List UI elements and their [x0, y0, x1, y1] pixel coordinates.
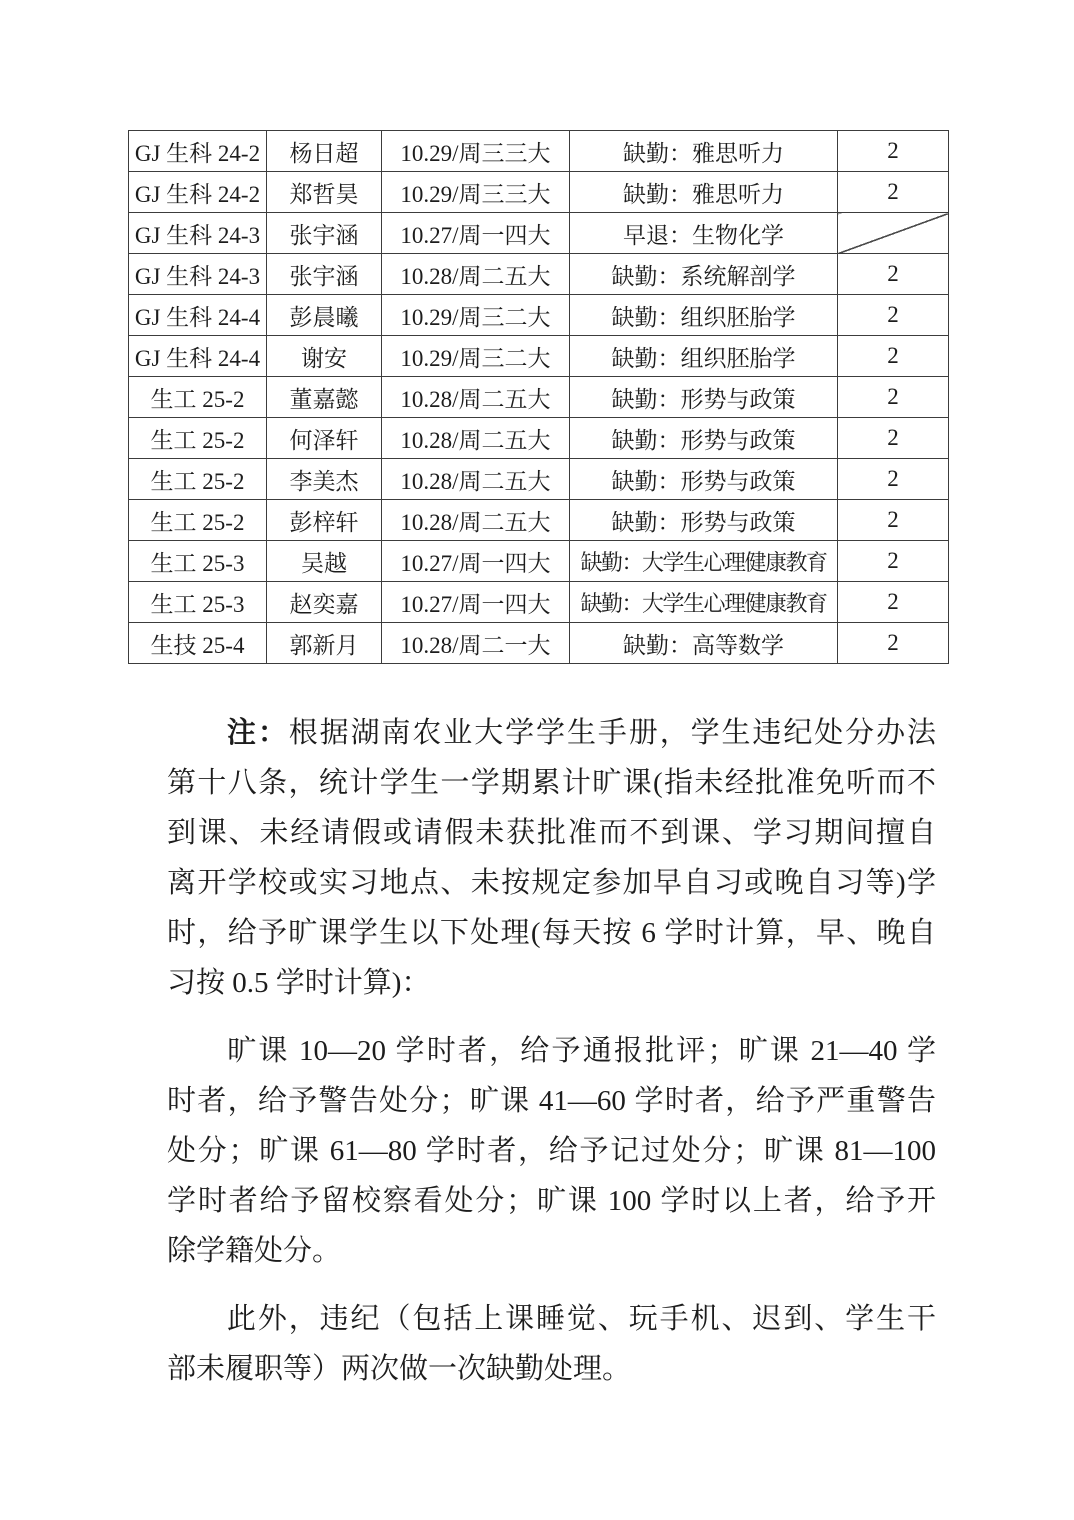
hours-cell: 2 — [838, 254, 949, 295]
table-row: 生工 25-3赵奕嘉10.27/周一四大缺勤：大学生心理健康教育2 — [129, 582, 949, 623]
date-cell: 10.28/周二五大 — [382, 254, 570, 295]
hours-cell: 2 — [838, 500, 949, 541]
date-cell: 10.28/周二五大 — [382, 418, 570, 459]
reason-cell: 早退：生物化学 — [570, 213, 838, 254]
table-row: 生工 25-2何泽轩10.28/周二五大缺勤：形势与政策2 — [129, 418, 949, 459]
student-cell: 彭晨曦 — [267, 295, 382, 336]
student-cell: 杨日超 — [267, 131, 382, 172]
date-cell: 10.29/周三三大 — [382, 131, 570, 172]
note-text: 此外，违纪（包括上课睡觉、玩手机、迟到、学生干 — [225, 1303, 936, 1335]
diagonal-empty-cell — [838, 213, 949, 254]
date-cell: 10.29/周三三大 — [382, 172, 570, 213]
date-cell: 10.28/周二五大 — [382, 377, 570, 418]
hours-cell: 2 — [838, 172, 949, 213]
date-cell: 10.28/周二一大 — [382, 623, 570, 664]
class-cell: 生工 25-2 — [129, 418, 267, 459]
class-cell: 生工 25-3 — [129, 582, 267, 623]
class-cell: GJ 生科 24-4 — [129, 336, 267, 377]
note-text: 时，给予旷课学生以下处理(每天按 6 学时计算，早、晚自 — [167, 917, 936, 949]
note-text: 到课、未经请假或请假未获批准而不到课、学习期间擅自 — [167, 817, 936, 849]
reason-cell: 缺勤：系统解剖学 — [570, 254, 838, 295]
note-line: 处分；旷课 61—80 学时者，给予记过处分；旷课 81—100 — [167, 1126, 936, 1176]
note-paragraph: 此外，违纪（包括上课睡觉、玩手机、迟到、学生干部未履职等）两次做一次缺勤处理。 — [167, 1294, 936, 1394]
student-cell: 董嘉懿 — [267, 377, 382, 418]
date-cell: 10.27/周一四大 — [382, 541, 570, 582]
note-text: 旷课 10—20 学时者，给予通报批评；旷课 21—40 学 — [225, 1035, 936, 1067]
note-line: 注：根据湖南农业大学学生手册，学生违纪处分办法 — [167, 708, 936, 758]
hours-cell: 2 — [838, 541, 949, 582]
hours-cell: 2 — [838, 623, 949, 664]
hours-cell: 2 — [838, 377, 949, 418]
class-cell: 生工 25-2 — [129, 500, 267, 541]
table-row: 生工 25-2彭梓轩10.28/周二五大缺勤：形势与政策2 — [129, 500, 949, 541]
note-line: 时，给予旷课学生以下处理(每天按 6 学时计算，早、晚自 — [167, 908, 936, 958]
class-cell: GJ 生科 24-3 — [129, 254, 267, 295]
reason-cell: 缺勤：高等数学 — [570, 623, 838, 664]
reason-cell: 缺勤：形势与政策 — [570, 500, 838, 541]
note-text: 习按 0.5 学时计算)： — [167, 967, 430, 999]
note-line: 离开学校或实习地点、未按规定参加早自习或晚自习等)学 — [167, 858, 936, 908]
date-cell: 10.28/周二五大 — [382, 500, 570, 541]
hours-cell: 2 — [838, 582, 949, 623]
hours-cell: 2 — [838, 459, 949, 500]
date-cell: 10.27/周一四大 — [382, 213, 570, 254]
table-row: 生工 25-2李美杰10.28/周二五大缺勤：形势与政策2 — [129, 459, 949, 500]
note-line: 习按 0.5 学时计算)： — [167, 958, 936, 1008]
reason-cell: 缺勤：形势与政策 — [570, 418, 838, 459]
note-text: 除学籍处分。 — [167, 1235, 341, 1267]
note-line: 时者，给予警告处分；旷课 41—60 学时者，给予严重警告 — [167, 1076, 936, 1126]
note-paragraph: 旷课 10—20 学时者，给予通报批评；旷课 21—40 学时者，给予警告处分；… — [167, 1026, 936, 1276]
note-text: 第十八条，统计学生一学期累计旷课(指未经批准免听而不 — [167, 767, 936, 799]
reason-cell: 缺勤：大学生心理健康教育 — [570, 541, 838, 582]
class-cell: GJ 生科 24-3 — [129, 213, 267, 254]
student-cell: 张宇涵 — [267, 213, 382, 254]
table-row: 生工 25-3吴越10.27/周一四大缺勤：大学生心理健康教育2 — [129, 541, 949, 582]
class-cell: GJ 生科 24-2 — [129, 172, 267, 213]
student-cell: 吴越 — [267, 541, 382, 582]
table-row: GJ 生科 24-2郑哲昊10.29/周三三大缺勤：雅思听力2 — [129, 172, 949, 213]
date-cell: 10.27/周一四大 — [382, 582, 570, 623]
note-text: 时者，给予警告处分；旷课 41—60 学时者，给予严重警告 — [167, 1085, 936, 1117]
hours-cell: 2 — [838, 336, 949, 377]
student-cell: 张宇涵 — [267, 254, 382, 295]
note-line: 学时者给予留校察看处分；旷课 100 学时以上者，给予开 — [167, 1176, 936, 1226]
table-row: GJ 生科 24-4彭晨曦10.29/周三二大缺勤：组织胚胎学2 — [129, 295, 949, 336]
hours-cell: 2 — [838, 131, 949, 172]
table-row: GJ 生科 24-2杨日超10.29/周三三大缺勤：雅思听力2 — [129, 131, 949, 172]
note-paragraph: 注：根据湖南农业大学学生手册，学生违纪处分办法第十八条，统计学生一学期累计旷课(… — [167, 708, 936, 1008]
hours-cell: 2 — [838, 418, 949, 459]
document-page: GJ 生科 24-2杨日超10.29/周三三大缺勤：雅思听力2GJ 生科 24-… — [0, 0, 1074, 1520]
note-text: 学时者给予留校察看处分；旷课 100 学时以上者，给予开 — [167, 1185, 936, 1217]
note-line: 第十八条，统计学生一学期累计旷课(指未经批准免听而不 — [167, 758, 936, 808]
date-cell: 10.29/周三二大 — [382, 336, 570, 377]
student-cell: 赵奕嘉 — [267, 582, 382, 623]
reason-cell: 缺勤：雅思听力 — [570, 172, 838, 213]
note-label: 注： — [225, 717, 289, 749]
student-cell: 彭梓轩 — [267, 500, 382, 541]
class-cell: 生工 25-2 — [129, 459, 267, 500]
reason-cell: 缺勤：形势与政策 — [570, 459, 838, 500]
student-cell: 郑哲昊 — [267, 172, 382, 213]
class-cell: GJ 生科 24-2 — [129, 131, 267, 172]
date-cell: 10.29/周三二大 — [382, 295, 570, 336]
note-text: 处分；旷课 61—80 学时者，给予记过处分；旷课 81—100 — [167, 1135, 936, 1167]
hours-cell: 2 — [838, 295, 949, 336]
note-line: 旷课 10—20 学时者，给予通报批评；旷课 21—40 学 — [167, 1026, 936, 1076]
note-line: 到课、未经请假或请假未获批准而不到课、学习期间擅自 — [167, 808, 936, 858]
student-cell: 郭新月 — [267, 623, 382, 664]
table-row: GJ 生科 24-4谢安10.29/周三二大缺勤：组织胚胎学2 — [129, 336, 949, 377]
student-cell: 何泽轩 — [267, 418, 382, 459]
reason-cell: 缺勤：雅思听力 — [570, 131, 838, 172]
date-cell: 10.28/周二五大 — [382, 459, 570, 500]
note-line: 此外，违纪（包括上课睡觉、玩手机、迟到、学生干 — [167, 1294, 936, 1344]
note-text: 根据湖南农业大学学生手册，学生违纪处分办法 — [289, 717, 936, 749]
class-cell: 生技 25-4 — [129, 623, 267, 664]
class-cell: 生工 25-3 — [129, 541, 267, 582]
class-cell: GJ 生科 24-4 — [129, 295, 267, 336]
notes-section: 注：根据湖南农业大学学生手册，学生违纪处分办法第十八条，统计学生一学期累计旷课(… — [167, 708, 936, 1394]
reason-cell: 缺勤：形势与政策 — [570, 377, 838, 418]
table-row: 生工 25-2董嘉懿10.28/周二五大缺勤：形势与政策2 — [129, 377, 949, 418]
table-row: GJ 生科 24-3张宇涵10.28/周二五大缺勤：系统解剖学2 — [129, 254, 949, 295]
attendance-table: GJ 生科 24-2杨日超10.29/周三三大缺勤：雅思听力2GJ 生科 24-… — [128, 130, 949, 664]
reason-cell: 缺勤：组织胚胎学 — [570, 295, 838, 336]
reason-cell: 缺勤：组织胚胎学 — [570, 336, 838, 377]
note-line: 除学籍处分。 — [167, 1226, 936, 1276]
student-cell: 李美杰 — [267, 459, 382, 500]
note-text: 部未履职等）两次做一次缺勤处理。 — [167, 1353, 631, 1385]
reason-cell: 缺勤：大学生心理健康教育 — [570, 582, 838, 623]
table-row: GJ 生科 24-3张宇涵10.27/周一四大早退：生物化学 — [129, 213, 949, 254]
table-row: 生技 25-4郭新月10.28/周二一大缺勤：高等数学2 — [129, 623, 949, 664]
note-line: 部未履职等）两次做一次缺勤处理。 — [167, 1344, 936, 1394]
student-cell: 谢安 — [267, 336, 382, 377]
note-text: 离开学校或实习地点、未按规定参加早自习或晚自习等)学 — [167, 867, 936, 899]
class-cell: 生工 25-2 — [129, 377, 267, 418]
